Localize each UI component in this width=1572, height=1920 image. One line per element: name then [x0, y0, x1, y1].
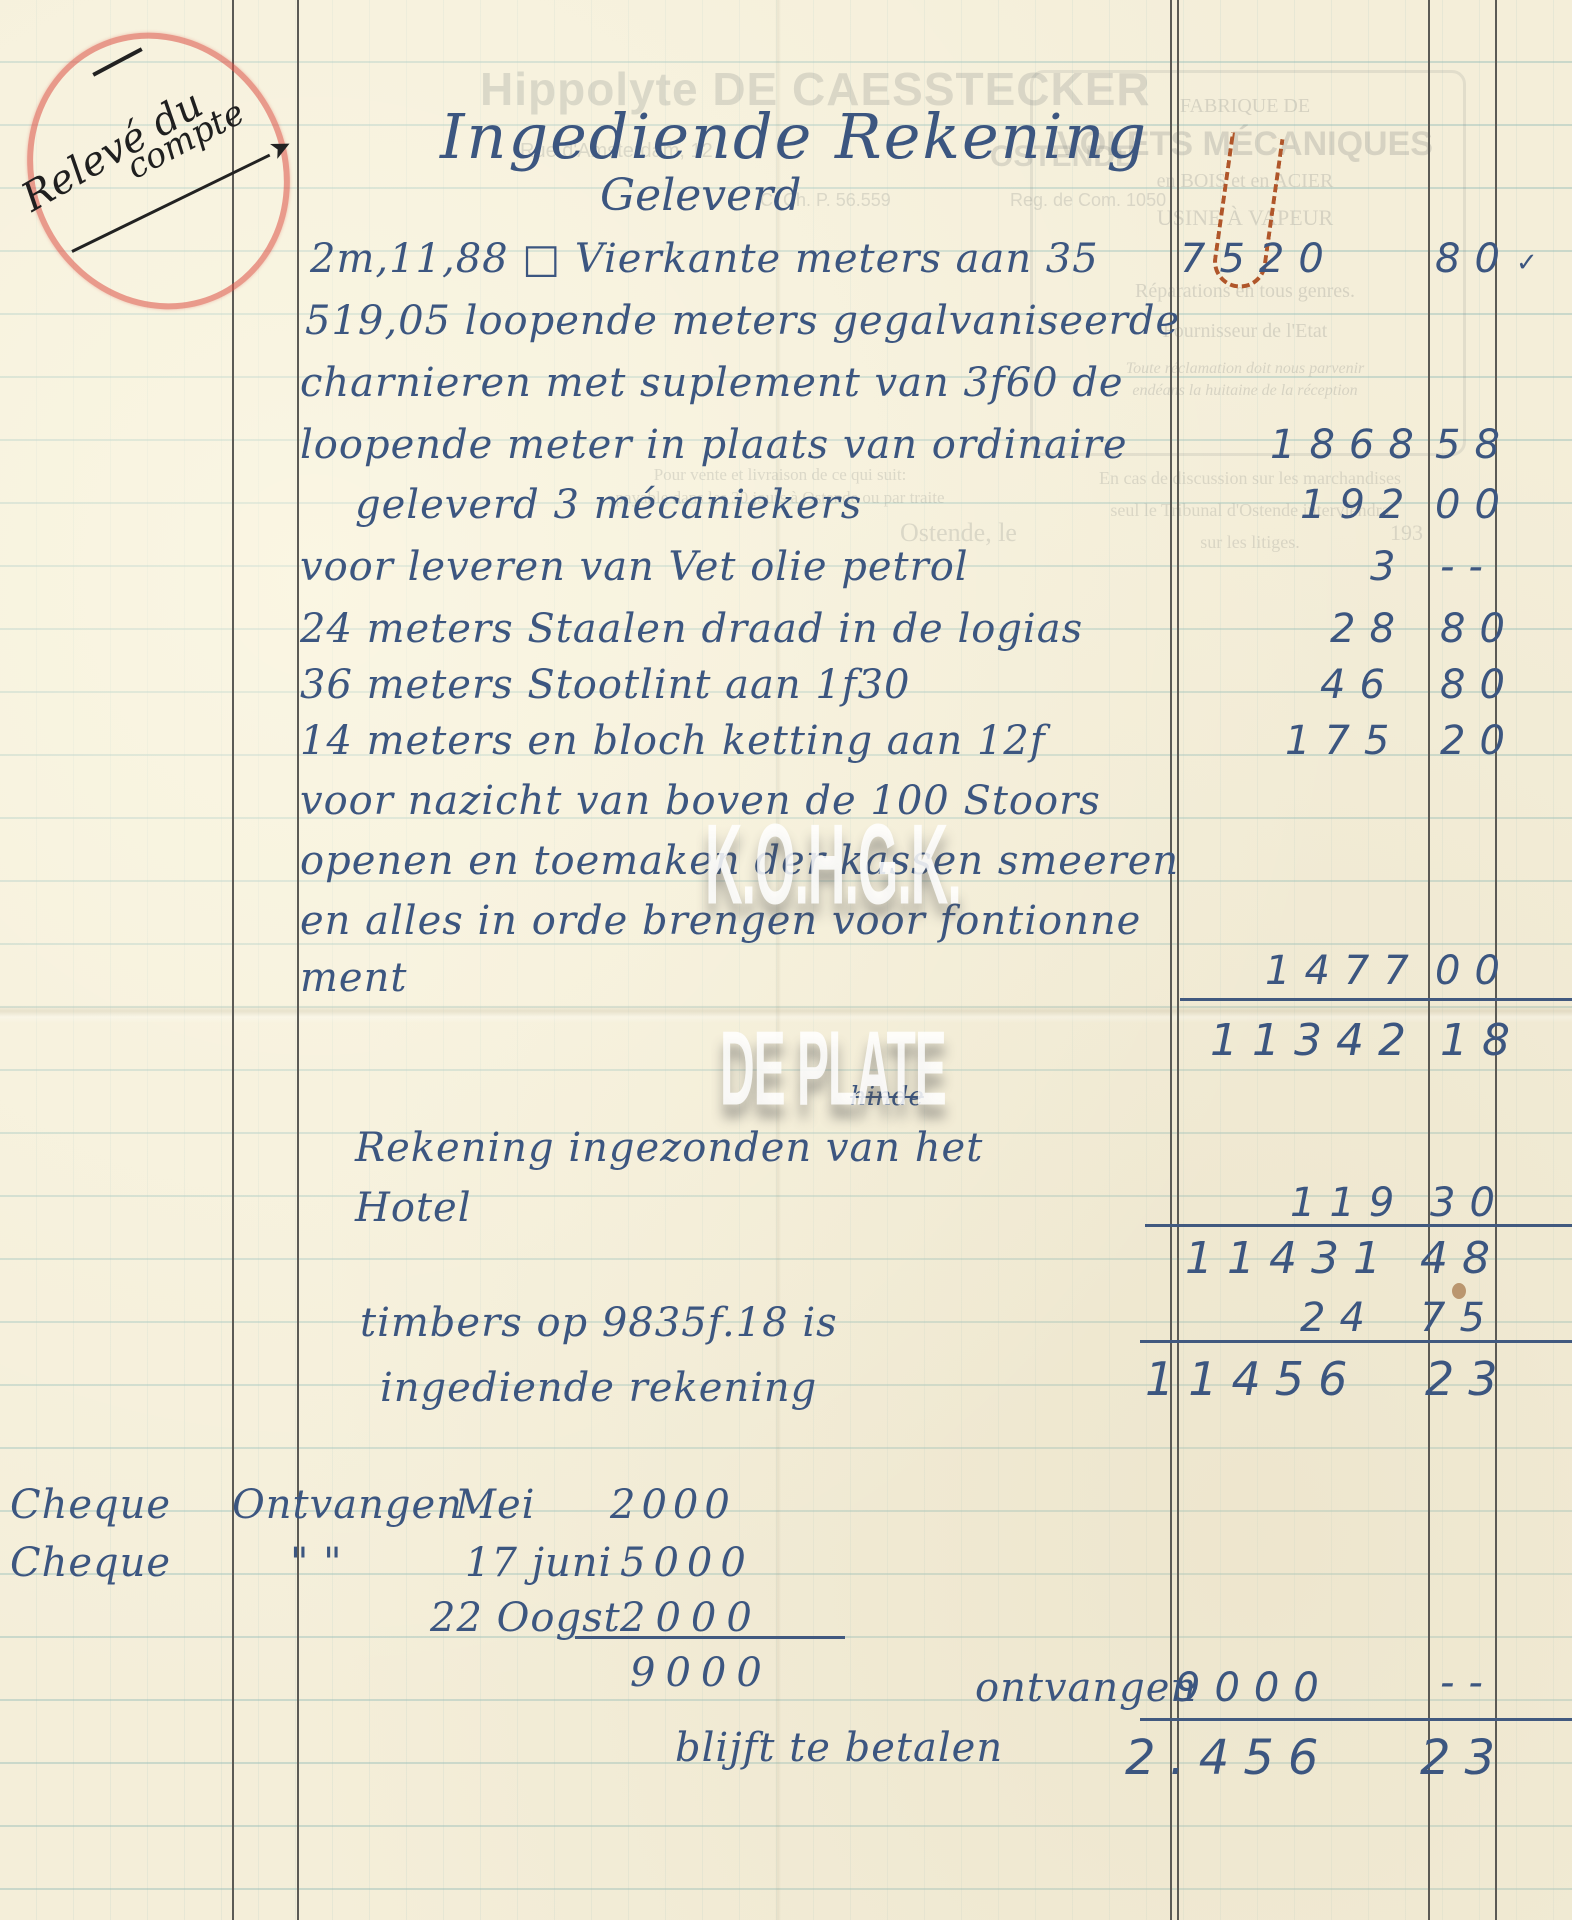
ink-stain: [1452, 1283, 1466, 1299]
rule-cents: [1428, 0, 1430, 1920]
item-amount-cents: 58: [1435, 422, 1514, 468]
item-amount-whole: 3: [1370, 544, 1409, 590]
rule-amount-1: [1170, 0, 1172, 1920]
subtotal1-cents: 18: [1440, 1015, 1524, 1066]
balance-cents: 23: [1420, 1730, 1509, 1786]
rule-left-2: [297, 0, 299, 1920]
subtotal1-whole: 11342: [1210, 1015, 1420, 1066]
payment-method-label: Cheque: [10, 1540, 171, 1586]
watermark-top: K.O.H.G.K.: [705, 800, 961, 932]
paper-fold-vertical: [775, 0, 781, 1920]
payment-ditto: " ": [290, 1540, 343, 1586]
balance-whole: 2.456: [1125, 1730, 1332, 1786]
balance-rule: [1140, 1718, 1572, 1721]
total-whole: 11456: [1145, 1352, 1361, 1406]
invoice-title: Ingediende Rekening: [440, 100, 1148, 173]
stamps-amount-cents: 75: [1420, 1295, 1499, 1341]
item-amount-cents: 80: [1440, 662, 1519, 708]
payment-method-label: Cheque: [10, 1482, 171, 1528]
payment-amount: 2000: [620, 1595, 762, 1641]
item-description: loopende meter in plaats van ordinaire: [300, 422, 1128, 468]
item-amount-cents: 80: [1435, 236, 1514, 282]
item-amount-whole: 1477: [1265, 948, 1423, 994]
item-amount-cents: 20: [1440, 718, 1519, 764]
total-rule: [1140, 1340, 1572, 1343]
item-description: 36 meters Stootlint aan 1f30: [300, 662, 911, 708]
watermark-bottom: DE PLATE: [720, 1010, 946, 1131]
item-amount-whole: 46: [1320, 662, 1399, 708]
payment-amount: 2000: [610, 1482, 736, 1528]
item-description: voor nazicht van boven de 100 Stoors: [300, 778, 1101, 824]
check-tick-icon: ✓: [1516, 248, 1538, 278]
subtotal1-rule: [1180, 998, 1572, 1001]
received-whole: 9000: [1175, 1665, 1333, 1711]
item-amount-cents: --: [1440, 544, 1497, 590]
received-label: ontvangen: [975, 1665, 1197, 1711]
hotel-amount-cents: 30: [1430, 1180, 1509, 1226]
payment-date: 17 juni: [465, 1540, 612, 1586]
item-description: charnieren met suplement van 3f60 de: [300, 360, 1124, 406]
balance-label: blijft te betalen: [675, 1725, 1003, 1771]
hotel-amount-whole: 119: [1290, 1180, 1408, 1226]
payments-received-label: Ontvangen: [232, 1482, 463, 1528]
hotel-line2: Hotel: [355, 1185, 472, 1231]
payment-date: 22 Oogst: [430, 1595, 621, 1641]
invoice-subtitle: Geleverd: [600, 170, 801, 221]
item-amount-whole: 1868: [1270, 422, 1428, 468]
total-cents: 23: [1425, 1352, 1512, 1406]
payments-sum: 9000: [630, 1650, 772, 1696]
item-description: geleverd 3 mécaniekers: [355, 482, 862, 528]
item-description: 519,05 loopende meters gegalvaniseerde: [305, 298, 1180, 344]
payment-date: Mei: [455, 1482, 535, 1528]
item-description: 2m,11,88 □ Vierkante meters aan 35: [310, 236, 1099, 282]
stamps-amount-whole: 24: [1300, 1295, 1379, 1341]
received-cents: --: [1440, 1660, 1497, 1706]
payment-amount: 5000: [620, 1540, 754, 1586]
item-amount-cents: 80: [1440, 606, 1519, 652]
item-amount-cents: 00: [1435, 482, 1514, 528]
item-description: voor leveren van Vet olie petrol: [300, 544, 969, 590]
subtotal2-cents: 48: [1420, 1233, 1504, 1284]
payments-sum-rule: [575, 1636, 845, 1639]
subtotal2-whole: 11431: [1185, 1233, 1395, 1284]
item-amount-whole: 175: [1285, 718, 1403, 764]
item-description: ment: [300, 955, 407, 1001]
item-amount-whole: 28: [1330, 606, 1409, 652]
subtotal2-rule: [1145, 1224, 1572, 1227]
stamps-line: timbers op 9835f.18 is: [360, 1300, 838, 1346]
item-description: 24 meters Staalen draad in de logias: [300, 606, 1083, 652]
hotel-line1: Rekening ingezonden van het: [355, 1125, 983, 1171]
item-amount-whole: 192: [1300, 482, 1418, 528]
item-amount-cents: 00: [1435, 948, 1514, 994]
item-description: 14 meters en bloch ketting aan 12f: [300, 718, 1046, 764]
rule-amount-2: [1177, 0, 1179, 1920]
item-amount-whole: 7520: [1180, 236, 1338, 282]
total-label: ingediende rekening: [380, 1365, 817, 1411]
